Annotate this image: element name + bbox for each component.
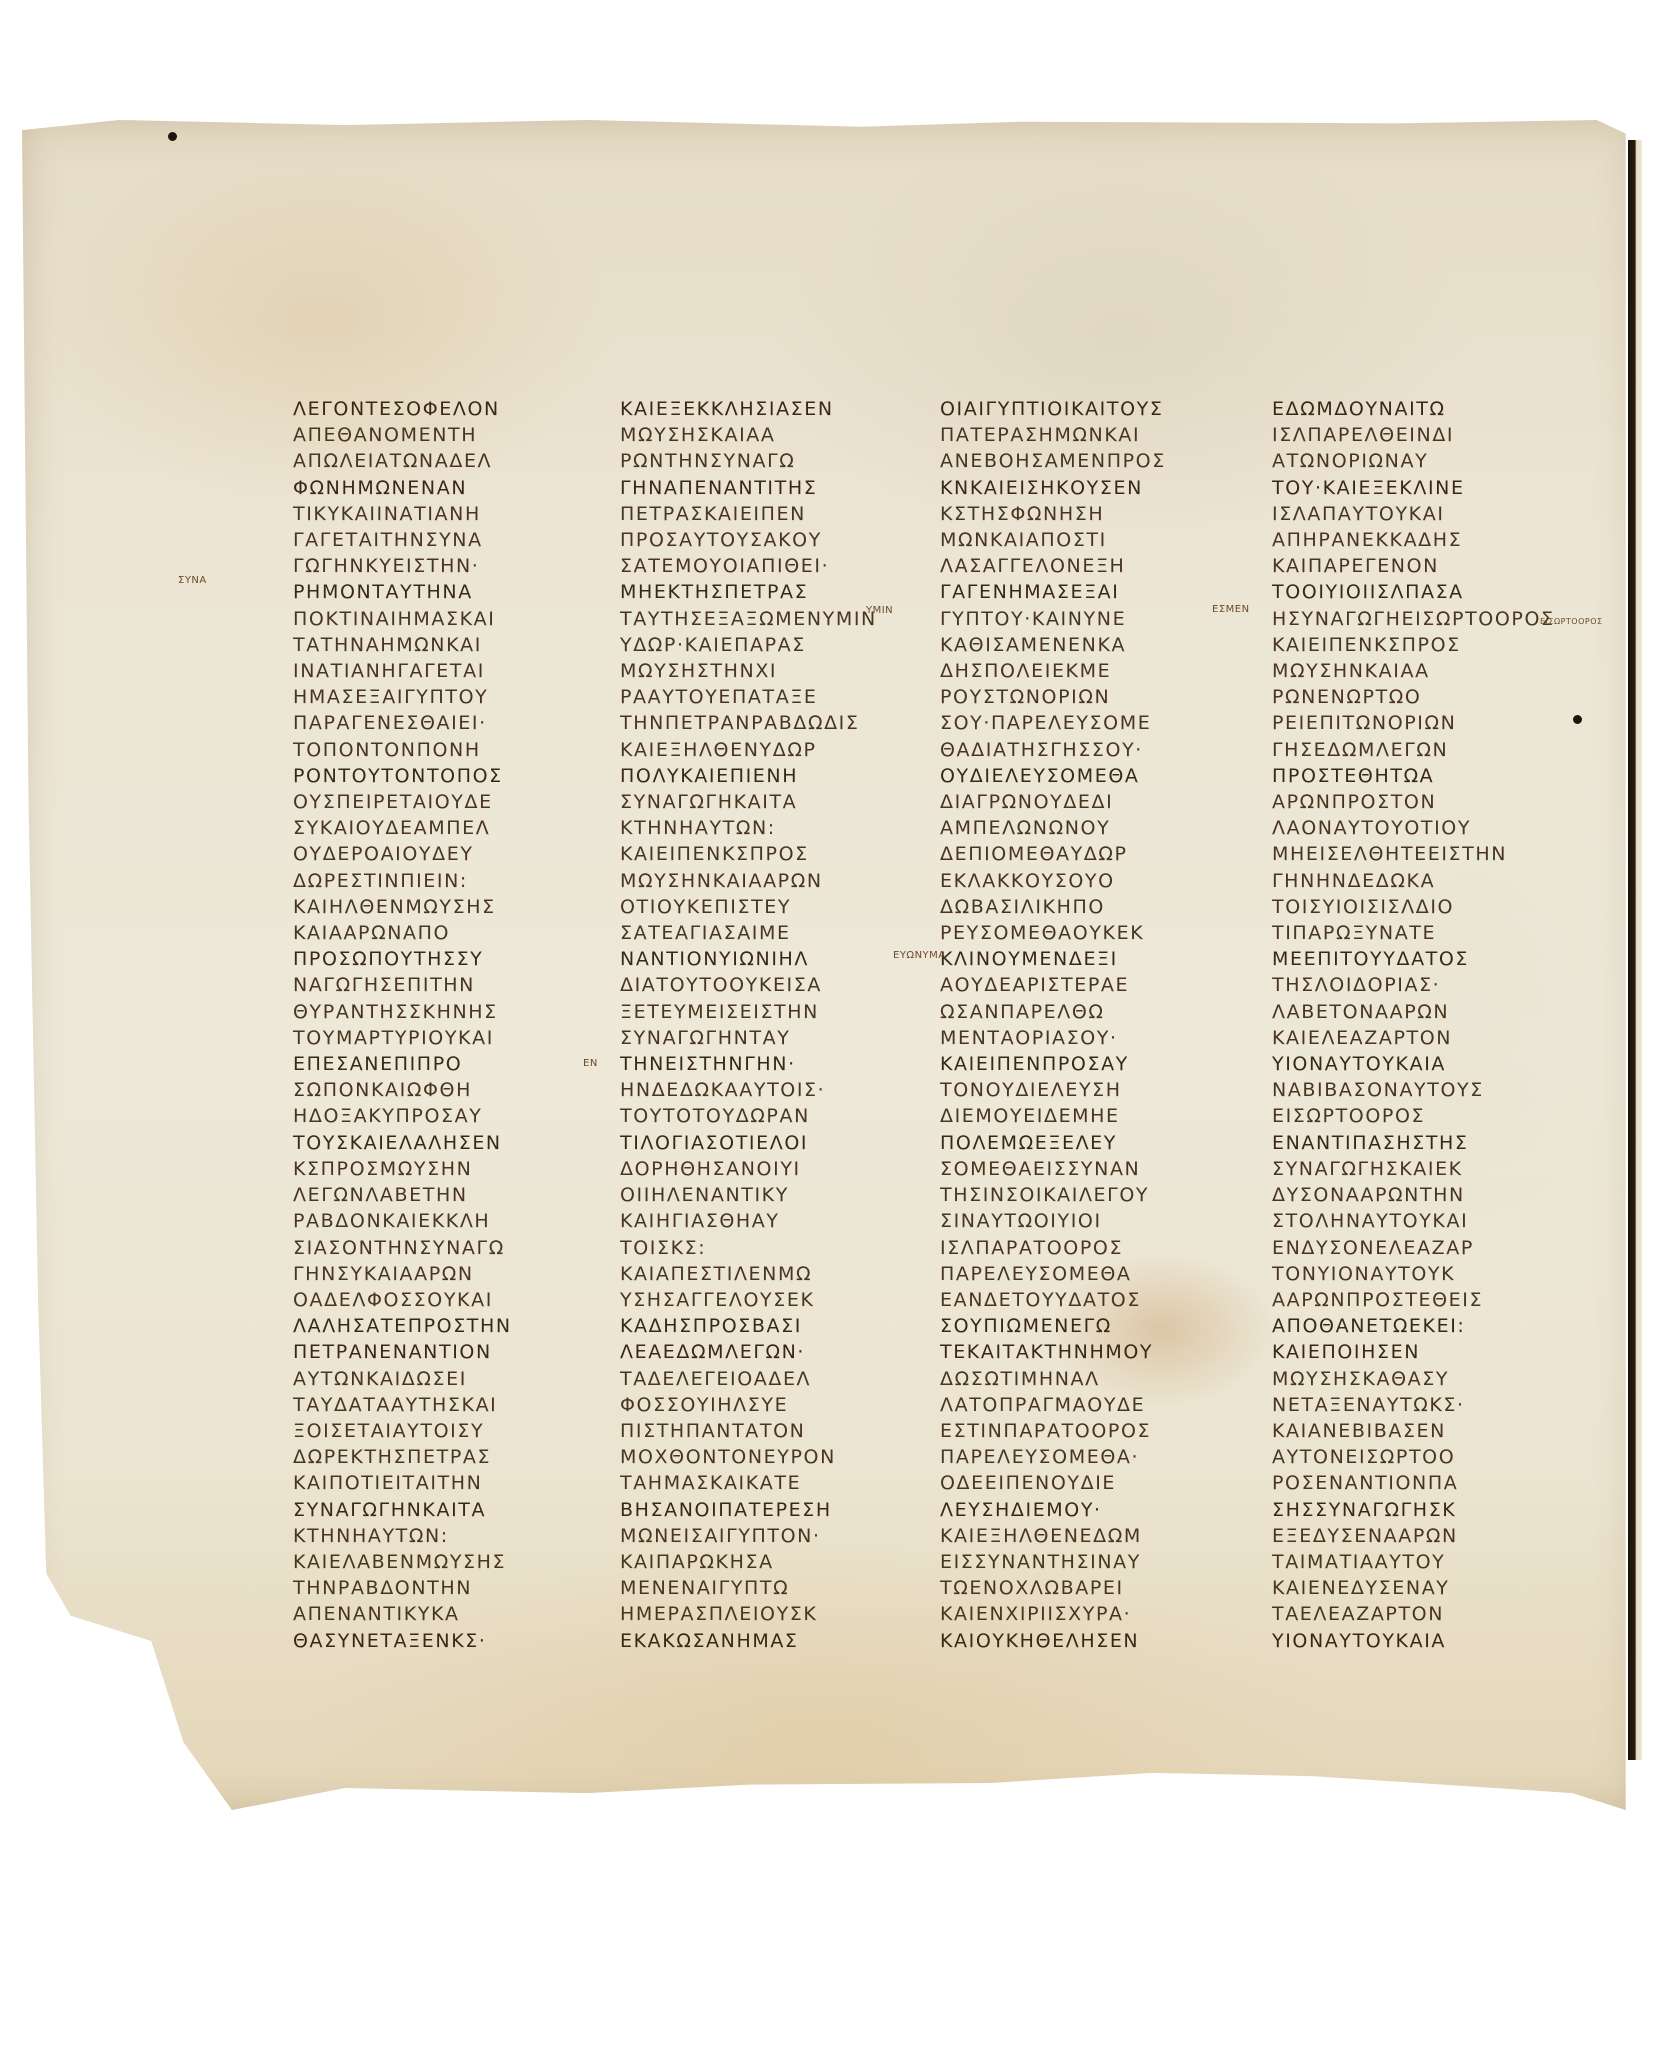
manuscript-line: ΘΥΡΑΝΤΗΣΣΚΗΝΗΣ (293, 999, 593, 1025)
manuscript-line: ΤΗΝΕΙΣΤΗΝΓΗΝ· (620, 1051, 920, 1077)
manuscript-line: ΣΙΝΑΥΤΩΟΙΥΙΟΙ (940, 1208, 1240, 1234)
manuscript-line: ΔΩΒΑΣΙΛΙΚΗΠΟ (940, 894, 1240, 920)
manuscript-line: ΕΠΕΣΑΝΕΠΙΠΡΟ (293, 1051, 593, 1077)
manuscript-line: ΚΑΙΑΠΕΣΤΙΛΕΝΜΩ (620, 1261, 920, 1287)
manuscript-line: ΠΑΤΕΡΑΣΗΜΩΝΚΑΙ (940, 422, 1240, 448)
manuscript-line: ΡΩΝΤΗΝΣΥΝΑΓΩ (620, 448, 920, 474)
manuscript-line: ΚΤΗΝΗΑΥΤΩΝ: (620, 815, 920, 841)
margin-note: ΥΜΙΝ (866, 605, 893, 616)
manuscript-line: ΠΟΛΕΜΩΕΞΕΛΕΥ (940, 1130, 1240, 1156)
manuscript-line: ΙΣΛΠΑΡΑΤΟΟΡΟΣ (940, 1235, 1240, 1261)
manuscript-line: ΤΟΙΣΚΣ: (620, 1235, 920, 1261)
margin-note: ΕΣΜΕΝ (1212, 604, 1250, 615)
manuscript-line: ΚΑΙΕΞΗΛΘΕΝΕΔΩΜ (940, 1523, 1240, 1549)
manuscript-line: ΒΗΣΑΝΟΙΠΑΤΕΡΕΣΗ (620, 1497, 920, 1523)
manuscript-line: ΤΟΙΣΥΙΟΙΣΙΣΛΔΙΟ (1272, 894, 1572, 920)
manuscript-line: ΙΣΛΠΑΡΕΛΘΕΙΝΔΙ (1272, 422, 1572, 448)
manuscript-line: ΡΕΥΣΟΜΕΘΑΟΥΚΕΚ (940, 920, 1240, 946)
manuscript-line: ΓΗΝΑΠΕΝΑΝΤΙΤΗΣ (620, 475, 920, 501)
manuscript-line: ΑΠΟΘΑΝΕΤΩΕΚΕΙ: (1272, 1313, 1572, 1339)
manuscript-line: ΓΗΝΗΝΔΕΔΩΚΑ (1272, 868, 1572, 894)
manuscript-line: ΔΩΣΩΤΙΜΗΝΑΛ (940, 1366, 1240, 1392)
manuscript-line: ΛΑΟΝΑΥΤΟΥΟΤΙΟΥ (1272, 815, 1572, 841)
manuscript-line: ΓΥΠΤΟΥ·ΚΑΙΝΥΝΕ (940, 606, 1240, 632)
manuscript-line: ΠΑΡΕΛΕΥΣΟΜΕΘΑ· (940, 1444, 1240, 1470)
manuscript-line: ΜΩΥΣΗΣΚΑΙΑΑ (620, 422, 920, 448)
manuscript-line: ΣΥΝΑΓΩΓΗΚΑΙΤΑ (620, 789, 920, 815)
manuscript-line: ΤΩΕΝΟΧΛΩΒΑΡΕΙ (940, 1575, 1240, 1601)
manuscript-line: ΕΔΩΜΔΟΥΝΑΙΤΩ (1272, 396, 1572, 422)
manuscript-line: ΤΗΣΛΟΙΔΟΡΙΑΣ· (1272, 972, 1572, 998)
manuscript-line: ΕΝΔΥΣΟΝΕΛΕΑΖΑΡ (1272, 1235, 1572, 1261)
manuscript-line: ΑΝΕΒΟΗΣΑΜΕΝΠΡΟΣ (940, 448, 1240, 474)
manuscript-line: ΡΑΒΔΟΝΚΑΙΕΚΚΛΗ (293, 1208, 593, 1234)
manuscript-line: ΝΑΒΙΒΑΣΟΝΑΥΤΟΥΣ (1272, 1077, 1572, 1103)
manuscript-line: ΘΑΣΥΝΕΤΑΞΕΝΚΣ· (293, 1628, 593, 1654)
manuscript-line: ΤΟΥΜΑΡΤΥΡΙΟΥΚΑΙ (293, 1025, 593, 1051)
manuscript-line: ΚΛΙΝΟΥΜΕΝΔΕΞΙ (940, 946, 1240, 972)
manuscript-line: ΚΑΙΕΛΑΒΕΝΜΩΥΣΗΣ (293, 1549, 593, 1575)
manuscript-line: ΤΙΛΟΓΙΑΣΟΤΙΕΛΟΙ (620, 1130, 920, 1156)
manuscript-line: ΡΩΝΕΝΩΡΤΩΟ (1272, 684, 1572, 710)
manuscript-line: ΤΟΟΙΥΙΟΙΙΣΛΠΑΣΑ (1272, 579, 1572, 605)
manuscript-line: ΣΤΟΛΗΝΑΥΤΟΥΚΑΙ (1272, 1208, 1572, 1234)
manuscript-line: ΜΩΥΣΗΝΚΑΙΑΑ (1272, 658, 1572, 684)
manuscript-line: ΔΩΡΕΚΤΗΣΠΕΤΡΑΣ (293, 1444, 593, 1470)
manuscript-line: ΛΕΓΟΝΤΕΣΟΦΕΛΟΝ (293, 396, 593, 422)
manuscript-line: ΕΙΣΣΥΝΑΝΤΗΣΙΝΑΥ (940, 1549, 1240, 1575)
manuscript-line: ΚΣΠΡΟΣΜΩΥΣΗΝ (293, 1156, 593, 1182)
manuscript-line: ΓΩΓΗΝΚΥΕΙΣΤΗΝ· (293, 553, 593, 579)
manuscript-line: ΛΑΣΑΓΓΕΛΟΝΕΞΗ (940, 553, 1240, 579)
manuscript-line: ΤΟΥΣΚΑΙΕΛΑΛΗΣΕΝ (293, 1130, 593, 1156)
manuscript-line: ΕΣΤΙΝΠΑΡΑΤΟΟΡΟΣ (940, 1418, 1240, 1444)
manuscript-line: ΜΩΝΚΑΙΑΠΟΣΤΙ (940, 527, 1240, 553)
manuscript-line: ΤΟΥ·ΚΑΙΕΞΕΚΛΙΝΕ (1272, 475, 1572, 501)
manuscript-line: ΔΙΕΜΟΥΕΙΔΕΜΗΕ (940, 1103, 1240, 1129)
manuscript-line: ΚΑΙΑΝΕΒΙΒΑΣΕΝ (1272, 1418, 1572, 1444)
margin-note: ΕΥΩΝΥΜΑ (893, 950, 946, 961)
manuscript-line: ΟΥΔΕΡΟΑΙΟΥΔΕΥ (293, 841, 593, 867)
manuscript-line: ΠΡΟΣΤΕΘΗΤΩΑ (1272, 763, 1572, 789)
margin-note: ΣΥΝΑ (178, 575, 207, 586)
manuscript-line: ΠΙΣΤΗΠΑΝΤΑΤΟΝ (620, 1418, 920, 1444)
manuscript-line: ΚΑΙΠΑΡΕΓΕΝΟΝ (1272, 553, 1572, 579)
manuscript-line: ΑΠΗΡΑΝΕΚΚΑΔΗΣ (1272, 527, 1572, 553)
manuscript-line: ΜΗΕΚΤΗΣΠΕΤΡΑΣ (620, 579, 920, 605)
manuscript-line: ΚΑΙΕΠΟΙΗΣΕΝ (1272, 1339, 1572, 1365)
manuscript-line: ΜΩΥΣΗΝΚΑΙΑΑΡΩΝ (620, 868, 920, 894)
text-column-4: ΕΔΩΜΔΟΥΝΑΙΤΩΙΣΛΠΑΡΕΛΘΕΙΝΔΙΑΤΩΝΟΡΙΩΝΑΥΤΟΥ… (1272, 396, 1572, 1654)
manuscript-line: ΣΟΥ·ΠΑΡΕΛΕΥΣΟΜΕ (940, 710, 1240, 736)
manuscript-line: ΠΟΚΤΙΝΑΙΗΜΑΣΚΑΙ (293, 606, 593, 632)
binding-gutter (1628, 140, 1642, 1760)
manuscript-line: ΤΑΤΗΝΑΗΜΩΝΚΑΙ (293, 632, 593, 658)
manuscript-line: ΗΔΟΞΑΚΥΠΡΟΣΑΥ (293, 1103, 593, 1129)
manuscript-line: ΠΟΛΥΚΑΙΕΠΙΕΝΗ (620, 763, 920, 789)
manuscript-line: ΑΥΤΩΝΚΑΙΔΩΣΕΙ (293, 1366, 593, 1392)
manuscript-line: ΤΟΝΟΥΔΙΕΛΕΥΣΗ (940, 1077, 1240, 1103)
manuscript-line: ΚΑΙΕΙΠΕΝΠΡΟΣΑΥ (940, 1051, 1240, 1077)
manuscript-line: ΟΥΔΙΕΛΕΥΣΟΜΕΘΑ (940, 763, 1240, 789)
manuscript-line: ΙΣΛΑΠΑΥΤΟΥΚΑΙ (1272, 501, 1572, 527)
manuscript-line: ΣΥΝΑΓΩΓΗΝΤΑΥ (620, 1025, 920, 1051)
manuscript-line: ΔΙΑΤΟΥΤΟΟΥΚΕΙΣΑ (620, 972, 920, 998)
manuscript-line: ΙΝΑΤΙΑΝΗΓΑΓΕΤΑΙ (293, 658, 593, 684)
manuscript-line: ΚΑΙΑΑΡΩΝΑΠΟ (293, 920, 593, 946)
manuscript-line: ΣΥΝΑΓΩΓΗΝΚΑΙΤΑ (293, 1497, 593, 1523)
manuscript-line: ΤΟΥΤΟΤΟΥΔΩΡΑΝ (620, 1103, 920, 1129)
manuscript-line: ΞΟΙΣΕΤΑΙΑΥΤΟΙΣΥ (293, 1418, 593, 1444)
manuscript-line: ΤΑΗΜΑΣΚΑΙΚΑΤΕ (620, 1470, 920, 1496)
manuscript-line: ΚΑΙΕΝΕΔΥΣΕΝΑΥ (1272, 1575, 1572, 1601)
manuscript-line: ΔΕΠΙΟΜΕΘΑΥΔΩΡ (940, 841, 1240, 867)
manuscript-line: ΑΤΩΝΟΡΙΩΝΑΥ (1272, 448, 1572, 474)
manuscript-line: ΟΔΕΕΙΠΕΝΟΥΔΙΕ (940, 1470, 1240, 1496)
text-column-2: ΚΑΙΕΞΕΚΚΛΗΣΙΑΣΕΝΜΩΥΣΗΣΚΑΙΑΑΡΩΝΤΗΝΣΥΝΑΓΩΓ… (620, 396, 920, 1654)
manuscript-line: ΜΩΝΕΙΣΑΙΓΥΠΤΟΝ· (620, 1523, 920, 1549)
manuscript-line: ΦΩΝΗΜΩΝΕΝΑΝ (293, 475, 593, 501)
manuscript-line: ΜΩΥΣΗΣΚΑΘΑΣΥ (1272, 1366, 1572, 1392)
manuscript-line: ΚΑΙΕΙΠΕΝΚΣΠΡΟΣ (620, 841, 920, 867)
manuscript-line: ΑΠΕΝΑΝΤΙΚΥΚΑ (293, 1601, 593, 1627)
wormhole-top (168, 132, 177, 141)
manuscript-line: ΟΥΣΠΕΙΡΕΤΑΙΟΥΔΕ (293, 789, 593, 815)
manuscript-line: ΔΩΡΕΣΤΙΝΠΙΕΙΝ: (293, 868, 593, 894)
manuscript-line: ΚΑΙΗΓΙΑΣΘΗΑΥ (620, 1208, 920, 1234)
margin-note: ΕΙΣΩΡΤΟΟΡΟΣ (1540, 617, 1603, 626)
manuscript-line: ΚΑΙΟΥΚΗΘΕΛΗΣΕΝ (940, 1628, 1240, 1654)
manuscript-line: ΚΑΙΕΛΕΑΖΑΡΤΟΝ (1272, 1025, 1572, 1051)
manuscript-line: ΘΑΔΙΑΤΗΣΓΗΣΣΟΥ· (940, 737, 1240, 763)
manuscript-line: ΑΠΩΛΕΙΑΤΩΝΑΔΕΛ (293, 448, 593, 474)
manuscript-line: ΤΟΠΟΝΤΟΝΠΟΝΗ (293, 737, 593, 763)
manuscript-line: ΜΗΕΙΣΕΛΘΗΤΕΕΙΣΤΗΝ (1272, 841, 1572, 867)
manuscript-line: ΛΑΤΟΠΡΑΓΜΑΟΥΔΕ (940, 1392, 1240, 1418)
manuscript-line: ΔΥΣΟΝΑΑΡΩΝΤΗΝ (1272, 1182, 1572, 1208)
manuscript-line: ΕΚΛΑΚΚΟΥΣΟΥΟ (940, 868, 1240, 894)
manuscript-line: ΣΟΜΕΘΑΕΙΣΣΥΝΑΝ (940, 1156, 1240, 1182)
manuscript-line: ΣΗΣΣΥΝΑΓΩΓΗΣΚ (1272, 1497, 1572, 1523)
manuscript-line: ΚΑΙΕΙΠΕΝΚΣΠΡΟΣ (1272, 632, 1572, 658)
manuscript-line: ΝΑΓΩΓΗΣΕΠΙΤΗΝ (293, 972, 593, 998)
manuscript-line: ΚΑΙΗΛΘΕΝΜΩΥΣΗΣ (293, 894, 593, 920)
manuscript-line: ΤΟΝΥΙΟΝΑΥΤΟΥΚ (1272, 1261, 1572, 1287)
manuscript-line: ΑΜΠΕΛΩΝΩΝΟΥ (940, 815, 1240, 841)
manuscript-line: ΡΟΥΣΤΩΝΟΡΙΩΝ (940, 684, 1240, 710)
text-column-3: ΟΙΑΙΓΥΠΤΙΟΙΚΑΙΤΟΥΣΠΑΤΕΡΑΣΗΜΩΝΚΑΙΑΝΕΒΟΗΣΑ… (940, 396, 1240, 1654)
manuscript-line: ΛΑΛΗΣΑΤΕΠΡΟΣΤΗΝ (293, 1313, 593, 1339)
manuscript-line: ΥΣΗΣΑΓΓΕΛΟΥΣΕΚ (620, 1287, 920, 1313)
manuscript-line: ΠΕΤΡΑΣΚΑΙΕΙΠΕΝ (620, 501, 920, 527)
manuscript-line: ΚΣΤΗΣΦΩΝΗΣΗ (940, 501, 1240, 527)
manuscript-line: ΠΡΟΣΑΥΤΟΥΣΑΚΟΥ (620, 527, 920, 553)
wormhole-right (1573, 715, 1582, 724)
manuscript-line: ΡΟΝΤΟΥΤΟΝΤΟΠΟΣ (293, 763, 593, 789)
manuscript-line: ΜΕΝΕΝΑΙΓΥΠΤΩ (620, 1575, 920, 1601)
manuscript-line: ΟΑΔΕΛΦΟΣΣΟΥΚΑΙ (293, 1287, 593, 1313)
manuscript-line: ΔΟΡΗΘΗΣΑΝΟΙΥΙ (620, 1156, 920, 1182)
manuscript-line: ΟΙΑΙΓΥΠΤΙΟΙΚΑΙΤΟΥΣ (940, 396, 1240, 422)
manuscript-line: ΤΗΝΡΑΒΔΟΝΤΗΝ (293, 1575, 593, 1601)
manuscript-line: ΛΕΓΩΝΛΑΒΕΤΗΝ (293, 1182, 593, 1208)
manuscript-line: ΕΞΕΔΥΣΕΝΑΑΡΩΝ (1272, 1523, 1572, 1549)
margin-note: ΕΝ (583, 1058, 598, 1069)
manuscript-line: ΣΥΝΑΓΩΓΗΣΚΑΙΕΚ (1272, 1156, 1572, 1182)
manuscript-line: ΥΙΟΝΑΥΤΟΥΚΑΙΑ (1272, 1051, 1572, 1077)
manuscript-line: ΡΟΣΕΝΑΝΤΙΟΝΠΑ (1272, 1470, 1572, 1496)
manuscript-line: ΣΑΤΕΜΟΥΟΙΑΠΙΘΕΙ· (620, 553, 920, 579)
manuscript-line: ΥΔΩΡ·ΚΑΙΕΠΑΡΑΣ (620, 632, 920, 658)
manuscript-line: ΡΑΑΥΤΟΥΕΠΑΤΑΞΕ (620, 684, 920, 710)
manuscript-line: ΜΕΝΤΑΟΡΙΑΣΟΥ· (940, 1025, 1240, 1051)
manuscript-line: ΩΣΑΝΠΑΡΕΛΘΩ (940, 999, 1240, 1025)
manuscript-line: ΚΑΙΕΝΧΙΡΙΙΣΧΥΡΑ· (940, 1601, 1240, 1627)
manuscript-line: ΛΑΒΕΤΟΝΑΑΡΩΝ (1272, 999, 1572, 1025)
manuscript-line: ΣΥΚΑΙΟΥΔΕΑΜΠΕΛ (293, 815, 593, 841)
manuscript-line: ΤΗΝΠΕΤΡΑΝΡΑΒΔΩΔΙΣ (620, 710, 920, 736)
manuscript-line: ΓΑΓΕΝΗΜΑΣΕΞΑΙ (940, 579, 1240, 605)
manuscript-line: ΟΤΙΟΥΚΕΠΙΣΤΕΥ (620, 894, 920, 920)
manuscript-line: ΤΑΕΛΕΑΖΑΡΤΟΝ (1272, 1601, 1572, 1627)
manuscript-line: ΞΕΤΕΥΜΕΙΣΕΙΣΤΗΝ (620, 999, 920, 1025)
manuscript-line: ΣΩΠΟΝΚΑΙΩΦΘΗ (293, 1077, 593, 1103)
manuscript-line: ΜΩΥΣΗΣΤΗΝΧΙ (620, 658, 920, 684)
text-column-1: ΛΕΓΟΝΤΕΣΟΦΕΛΟΝΑΠΕΘΑΝΟΜΕΝΤΗΑΠΩΛΕΙΑΤΩΝΑΔΕΛ… (293, 396, 593, 1654)
manuscript-line: ΚΑΙΕΞΕΚΚΛΗΣΙΑΣΕΝ (620, 396, 920, 422)
manuscript-line: ΓΗΣΕΔΩΜΛΕΓΩΝ (1272, 737, 1572, 763)
manuscript-line: ΝΕΤΑΞΕΝΑΥΤΩΚΣ· (1272, 1392, 1572, 1418)
manuscript-line: ΕΙΣΩΡΤΟΟΡΟΣ (1272, 1103, 1572, 1129)
manuscript-line: ΕΑΝΔΕΤΟΥΥΔΑΤΟΣ (940, 1287, 1240, 1313)
manuscript-line: ΗΣΥΝΑΓΩΓΗΕΙΣΩΡΤΟΟΡΟΣ (1272, 606, 1572, 632)
manuscript-line: ΚΑΙΕΞΗΛΘΕΝΥΔΩΡ (620, 737, 920, 763)
manuscript-line: ΥΙΟΝΑΥΤΟΥΚΑΙΑ (1272, 1628, 1572, 1654)
manuscript-line: ΠΑΡΑΓΕΝΕΣΘΑΙΕΙ· (293, 710, 593, 736)
manuscript-line: ΠΕΤΡΑΝΕΝΑΝΤΙΟΝ (293, 1339, 593, 1365)
manuscript-line: ΣΟΥΠΙΩΜΕΝΕΓΩ (940, 1313, 1240, 1339)
manuscript-line: ΚΑΔΗΣΠΡΟΣΒΑΣΙ (620, 1313, 920, 1339)
manuscript-line: ΠΡΟΣΩΠΟΥΤΗΣΣΥ (293, 946, 593, 972)
manuscript-line: ΗΜΑΣΕΞΑΙΓΥΠΤΟΥ (293, 684, 593, 710)
manuscript-line: ΝΑΝΤΙΟΝΥΙΩΝΙΗΛ (620, 946, 920, 972)
manuscript-line: ΗΜΕΡΑΣΠΛΕΙΟΥΣΚ (620, 1601, 920, 1627)
manuscript-line: ΔΗΣΠΟΛΕΙΕΚΜΕ (940, 658, 1240, 684)
manuscript-line: ΜΕΕΠΙΤΟΥΥΔΑΤΟΣ (1272, 946, 1572, 972)
manuscript-line: ΓΑΓΕΤΑΙΤΗΝΣΥΝΑ (293, 527, 593, 553)
manuscript-line: ΤΑΙΜΑΤΙΑΑΥΤΟΥ (1272, 1549, 1572, 1575)
manuscript-line: ΕΚΑΚΩΣΑΝΗΜΑΣ (620, 1628, 920, 1654)
manuscript-line: ΤΗΣΙΝΣΟΙΚΑΙΛΕΓΟΥ (940, 1182, 1240, 1208)
manuscript-line: ΔΙΑΓΡΩΝΟΥΔΕΔΙ (940, 789, 1240, 815)
manuscript-line: ΡΗΜΟΝΤΑΥΤΗΝΑ (293, 579, 593, 605)
manuscript-line: ΚΝΚΑΙΕΙΣΗΚΟΥΣΕΝ (940, 475, 1240, 501)
manuscript-line: ΠΑΡΕΛΕΥΣΟΜΕΘΑ (940, 1261, 1240, 1287)
manuscript-line: ΑΡΩΝΠΡΟΣΤΟΝ (1272, 789, 1572, 815)
manuscript-line: ΤΕΚΑΙΤΑΚΤΗΝΗΜΟΥ (940, 1339, 1240, 1365)
manuscript-line: ΣΙΑΣΟΝΤΗΝΣΥΝΑΓΩ (293, 1235, 593, 1261)
manuscript-line: ΑΑΡΩΝΠΡΟΣΤΕΘΕΙΣ (1272, 1287, 1572, 1313)
manuscript-line: ΛΕΑΕΔΩΜΛΕΓΩΝ· (620, 1339, 920, 1365)
manuscript-line: ΟΙΙΗΛΕΝΑΝΤΙΚΥ (620, 1182, 920, 1208)
manuscript-line: ΤΙΠΑΡΩΞΥΝΑΤΕ (1272, 920, 1572, 946)
manuscript-line: ΚΑΙΠΟΤΙΕΙΤΑΙΤΗΝ (293, 1470, 593, 1496)
manuscript-line: ΗΝΔΕΔΩΚΑΑΥΤΟΙΣ· (620, 1077, 920, 1103)
manuscript-line: ΚΑΘΙΣΑΜΕΝΕΝΚΑ (940, 632, 1240, 658)
manuscript-line: ΡΕΙΕΠΙΤΩΝΟΡΙΩΝ (1272, 710, 1572, 736)
manuscript-line: ΑΠΕΘΑΝΟΜΕΝΤΗ (293, 422, 593, 448)
manuscript-line: ΣΑΤΕΑΓΙΑΣΑΙΜΕ (620, 920, 920, 946)
manuscript-line: ΕΝΑΝΤΙΠΑΣΗΣΤΗΣ (1272, 1130, 1572, 1156)
manuscript-line: ΓΗΝΣΥΚΑΙΑΑΡΩΝ (293, 1261, 593, 1287)
manuscript-line: ΤΙΚΥΚΑΙΙΝΑΤΙΑΝΗ (293, 501, 593, 527)
manuscript-line: ΦΟΣΣΟΥΙΗΛΣΥΕ (620, 1392, 920, 1418)
manuscript-line: ΤΑΔΕΛΕΓΕΙΟΑΔΕΛ (620, 1366, 920, 1392)
manuscript-line: ΑΟΥΔΕΑΡΙΣΤΕΡΑΕ (940, 972, 1240, 998)
manuscript-line: ΑΥΤΟΝΕΙΣΩΡΤΟΟ (1272, 1444, 1572, 1470)
manuscript-line: ΜΟΧΘΟΝΤΟΝΕΥΡΟΝ (620, 1444, 920, 1470)
manuscript-line: ΤΑΥΔΑΤΑΑΥΤΗΣΚΑΙ (293, 1392, 593, 1418)
manuscript-line: ΚΑΙΠΑΡΩΚΗΣΑ (620, 1549, 920, 1575)
manuscript-line: ΚΤΗΝΗΑΥΤΩΝ: (293, 1523, 593, 1549)
manuscript-line: ΛΕΥΣΗΔΙΕΜΟΥ· (940, 1497, 1240, 1523)
